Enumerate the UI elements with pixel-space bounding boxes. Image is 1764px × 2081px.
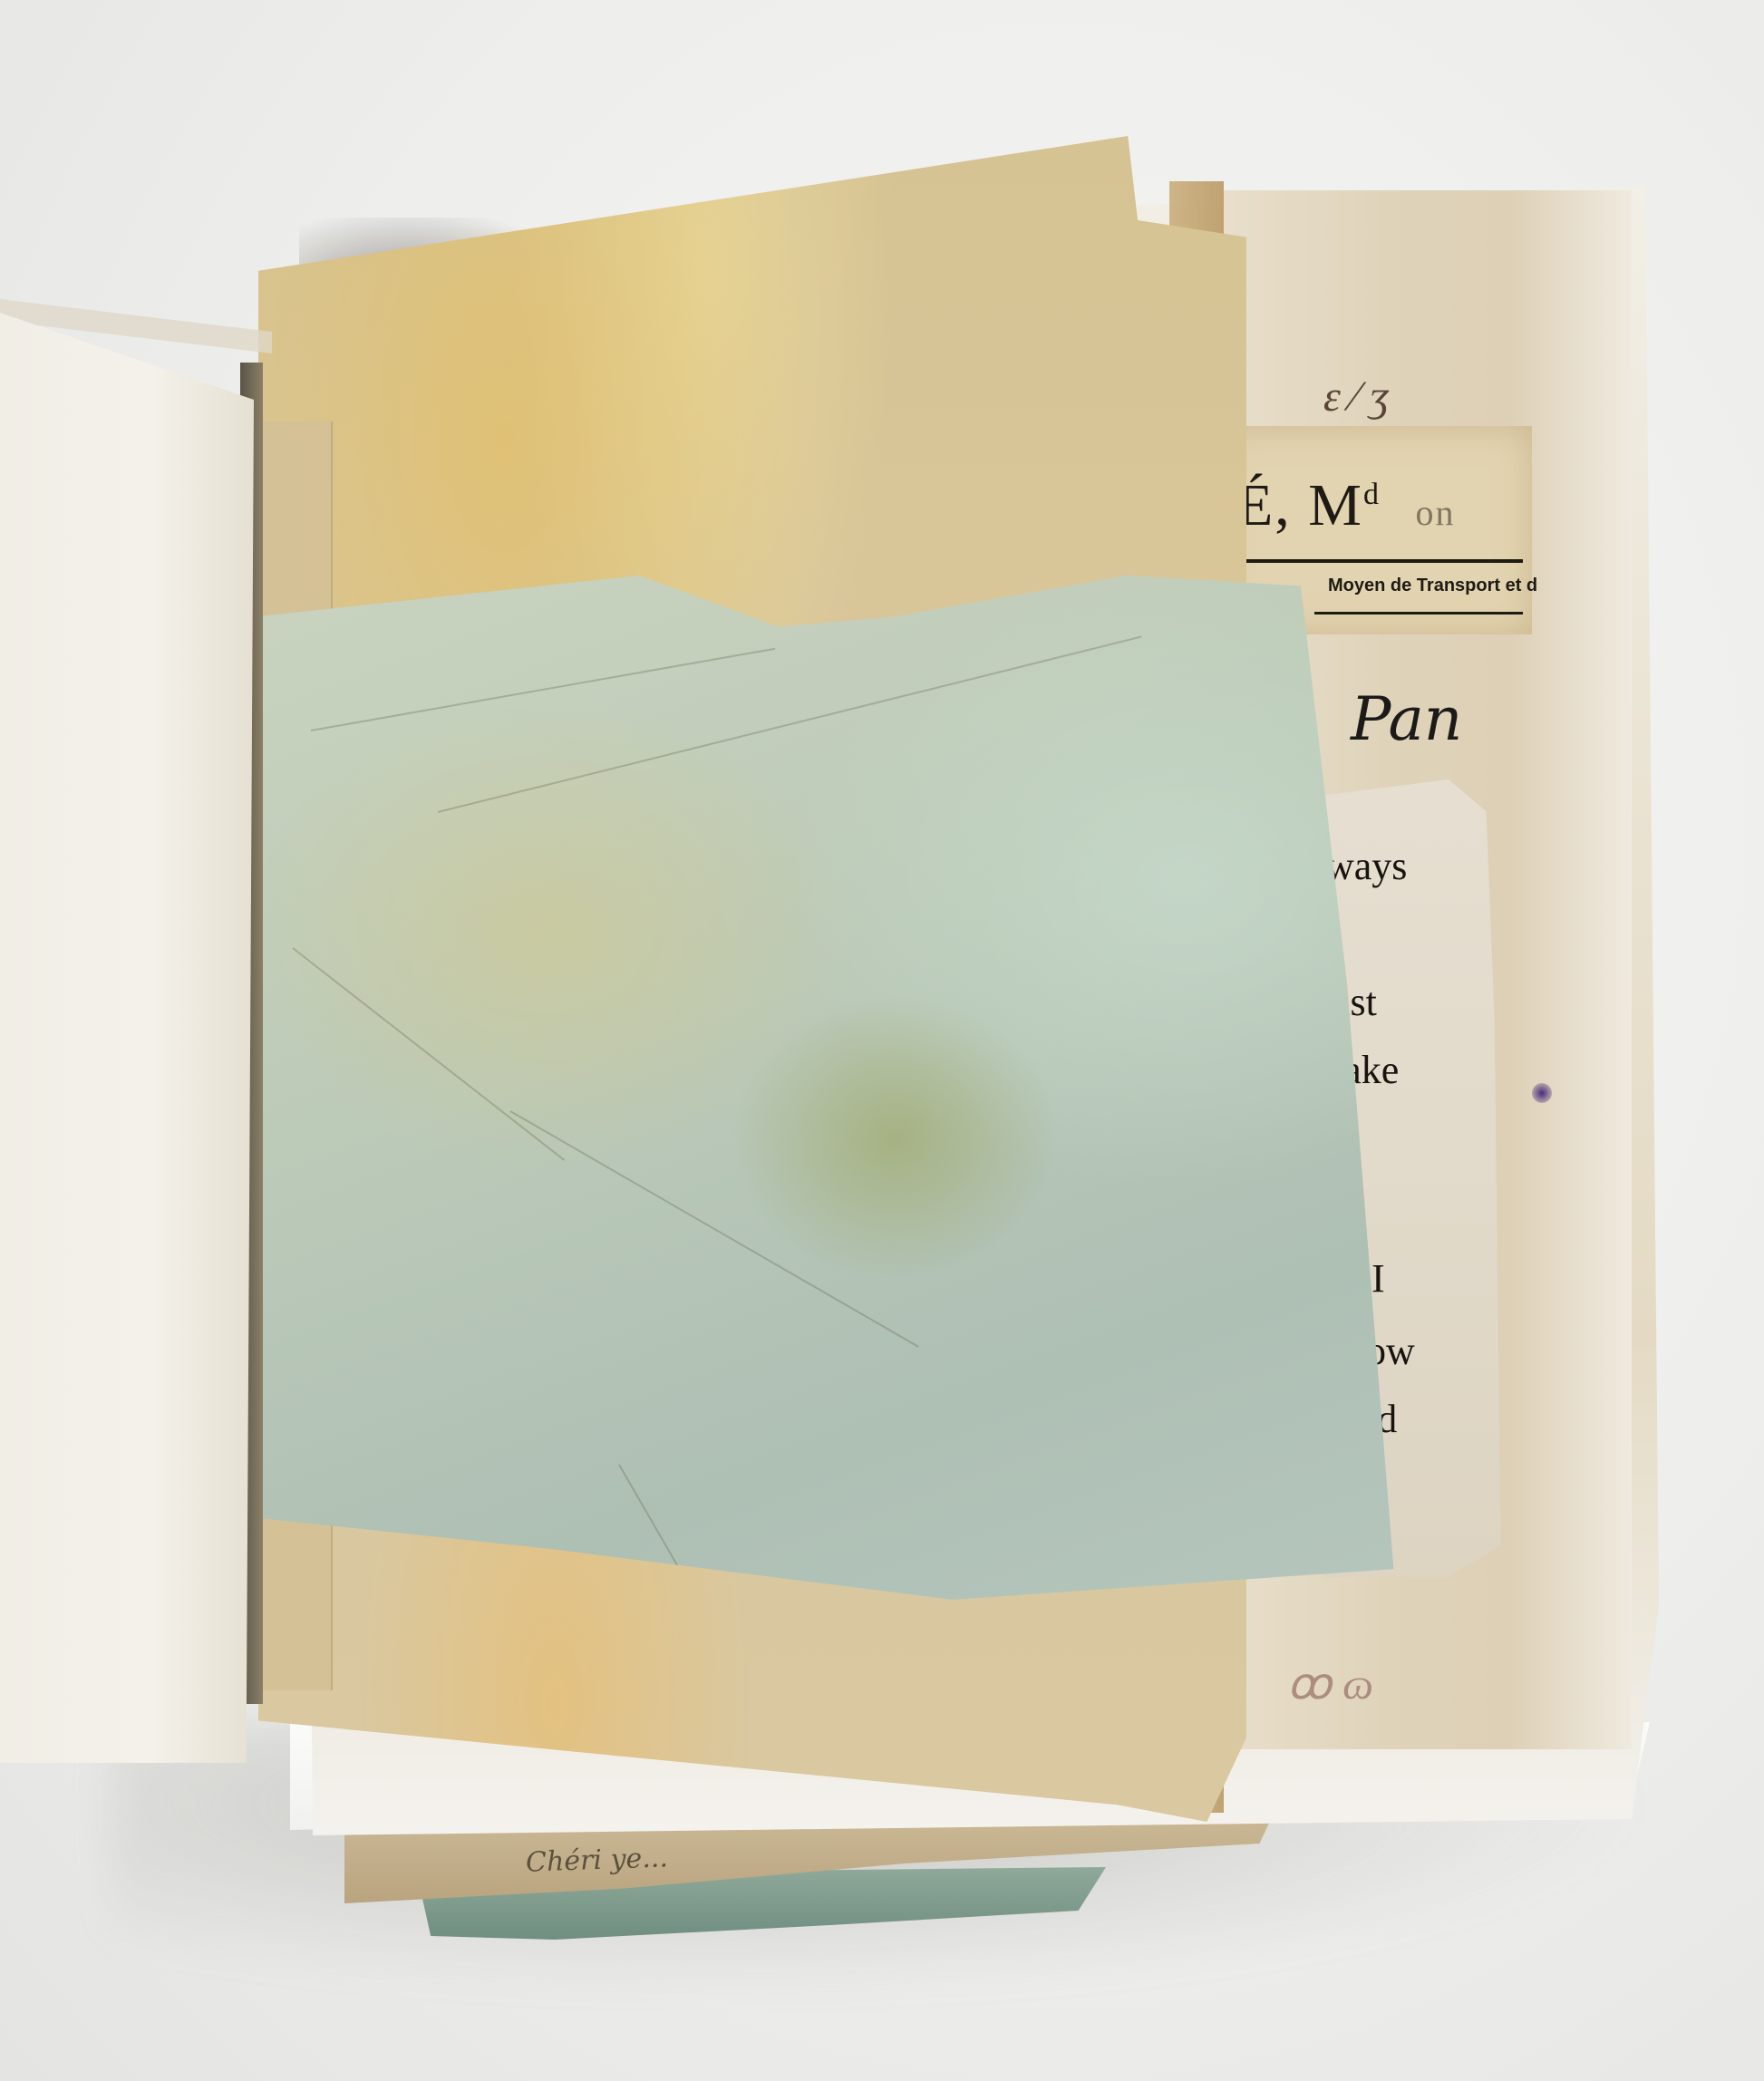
green-tissue-overlay (257, 576, 1417, 1600)
tissue-crease (510, 1110, 919, 1348)
newspaper-rule-lower (1314, 612, 1523, 615)
left-blank-page (0, 313, 254, 1763)
newspaper-rule (1224, 559, 1523, 563)
headline-fragment: on (1415, 492, 1455, 533)
ink-scribble-top: ɛ ⁄ ʒ (1323, 372, 1389, 421)
purple-ink-dot (1532, 1083, 1552, 1103)
tissue-crease (292, 947, 565, 1161)
headline-superscript: d (1363, 478, 1381, 511)
handwriting-bottom-strip: Chéri ye... (525, 1842, 668, 1878)
book-word: ways (1325, 843, 1407, 889)
tissue-crease (438, 635, 1142, 812)
handwritten-script-word: Pan (1351, 684, 1462, 754)
tissue-crease (311, 648, 775, 731)
newspaper-subheading: Moyen de Transport et d (1328, 576, 1537, 596)
newspaper-headline: IÉ, Md on (1215, 471, 1455, 540)
handwriting-bottom-right: ꝏ ɷ (1287, 1659, 1373, 1709)
